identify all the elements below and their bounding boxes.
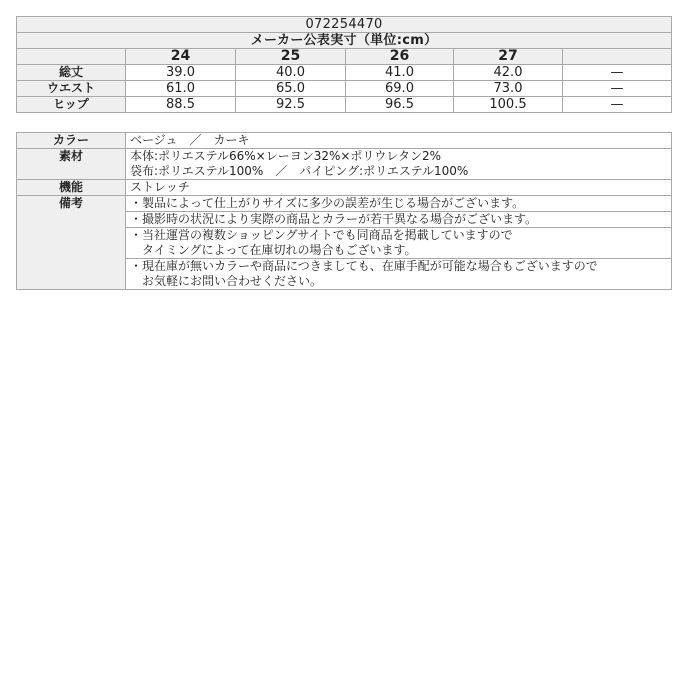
value-cell: 40.0 <box>236 65 346 81</box>
material-row: 素材 本体:ポリエステル66%×レーヨン32%×ポリウレタン2% 袋布:ポリエス… <box>17 149 672 180</box>
product-code: 072254470 <box>17 17 672 33</box>
info-table: カラー ベージュ ／ カーキ 素材 本体:ポリエステル66%×レーヨン32%×ポ… <box>16 132 672 290</box>
note-line: ・現在庫が無いカラーや商品につきましても、在庫手配が可能な場合もございますので <box>130 259 667 274</box>
material-line: 本体:ポリエステル66%×レーヨン32%×ポリウレタン2% <box>130 149 667 164</box>
value-cell: 41.0 <box>346 65 454 81</box>
function-label: 機能 <box>17 180 126 196</box>
function-row: 機能 ストレッチ <box>17 180 672 196</box>
color-value: ベージュ ／ カーキ <box>126 133 672 149</box>
material-line: 袋布:ポリエステル100% ／ パイピング:ポリエステル100% <box>130 164 667 179</box>
function-value: ストレッチ <box>126 180 672 196</box>
color-label: カラー <box>17 133 126 149</box>
value-cell: 96.5 <box>346 97 454 113</box>
subtitle-row: メーカー公表実寸（単位:cm） <box>17 33 672 49</box>
table-row: 総丈 39.0 40.0 41.0 42.0 — <box>17 65 672 81</box>
note-line: お気軽にお問い合わせください。 <box>130 274 667 289</box>
note-item: ・製品によって仕上がりサイズに多少の誤差が生じる場合がございます。 <box>126 196 672 212</box>
value-cell: 65.0 <box>236 81 346 97</box>
color-row: カラー ベージュ ／ カーキ <box>17 133 672 149</box>
value-cell: 69.0 <box>346 81 454 97</box>
value-cell: 39.0 <box>126 65 236 81</box>
value-cell: 88.5 <box>126 97 236 113</box>
notes-label: 備考 <box>17 196 126 290</box>
value-cell: — <box>563 65 672 81</box>
note-line: タイミングによって在庫切れの場合もございます。 <box>130 243 667 258</box>
size-table: 072254470 メーカー公表実寸（単位:cm） 24 25 26 27 総丈… <box>16 16 672 113</box>
value-cell: 61.0 <box>126 81 236 97</box>
size-table-subtitle: メーカー公表実寸（単位:cm） <box>17 33 672 49</box>
value-cell: 42.0 <box>454 65 563 81</box>
size-header-blank <box>17 49 126 65</box>
size-header-extra <box>563 49 672 65</box>
note-item: ・現在庫が無いカラーや商品につきましても、在庫手配が可能な場合もございますので … <box>126 259 672 290</box>
size-header-25: 25 <box>236 49 346 65</box>
value-cell: 92.5 <box>236 97 346 113</box>
value-cell: — <box>563 81 672 97</box>
product-code-row: 072254470 <box>17 17 672 33</box>
table-row: ヒップ 88.5 92.5 96.5 100.5 — <box>17 97 672 113</box>
row-label-hip: ヒップ <box>17 97 126 113</box>
size-header-26: 26 <box>346 49 454 65</box>
material-label: 素材 <box>17 149 126 180</box>
notes-row: 備考 ・製品によって仕上がりサイズに多少の誤差が生じる場合がございます。 <box>17 196 672 212</box>
size-header-row: 24 25 26 27 <box>17 49 672 65</box>
note-line: ・製品によって仕上がりサイズに多少の誤差が生じる場合がございます。 <box>130 196 667 211</box>
table-row: ウエスト 61.0 65.0 69.0 73.0 — <box>17 81 672 97</box>
value-cell: 100.5 <box>454 97 563 113</box>
material-value: 本体:ポリエステル66%×レーヨン32%×ポリウレタン2% 袋布:ポリエステル1… <box>126 149 672 180</box>
row-label-waist: ウエスト <box>17 81 126 97</box>
note-item: ・撮影時の状況により実際の商品とカラーが若干異なる場合がございます。 <box>126 212 672 228</box>
size-header-24: 24 <box>126 49 236 65</box>
value-cell: 73.0 <box>454 81 563 97</box>
size-header-27: 27 <box>454 49 563 65</box>
note-line: ・当社運営の複数ショッピングサイトでも同商品を掲載していますので <box>130 228 667 243</box>
note-item: ・当社運営の複数ショッピングサイトでも同商品を掲載していますので タイミングによ… <box>126 228 672 259</box>
row-label-length: 総丈 <box>17 65 126 81</box>
note-line: ・撮影時の状況により実際の商品とカラーが若干異なる場合がございます。 <box>130 212 667 227</box>
value-cell: — <box>563 97 672 113</box>
